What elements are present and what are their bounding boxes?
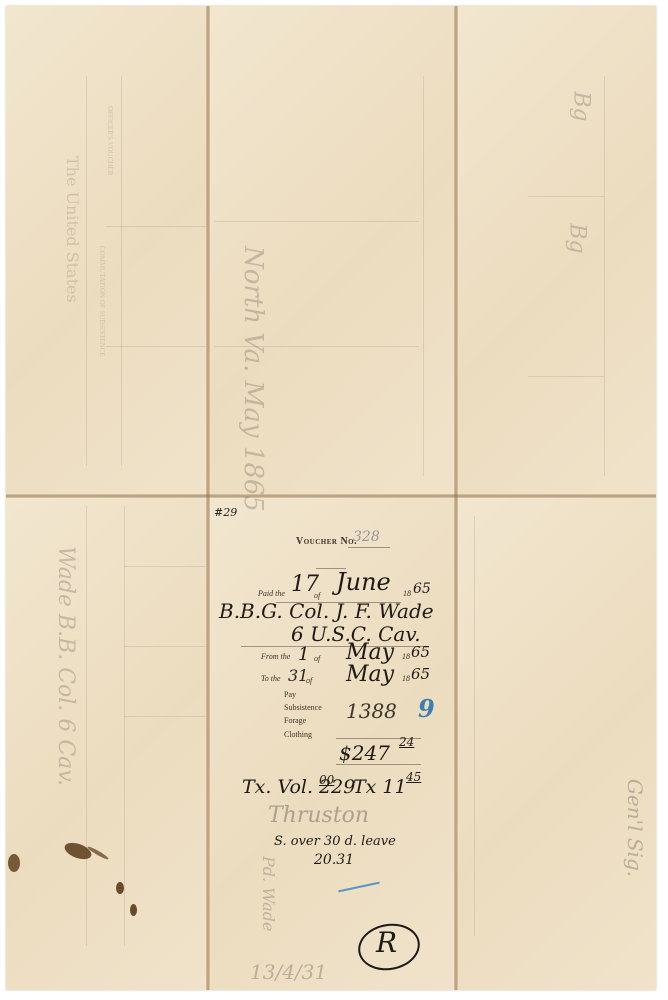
paid-year-prefix: 18: [403, 589, 411, 598]
ghost-heading: The United States: [63, 156, 82, 303]
voucher-title: Voucher No.: [296, 536, 357, 547]
ghost-subheading: COMMUTATION OF SUBSISTENCE: [98, 246, 106, 357]
blue-pencil-mark: 9: [418, 694, 435, 723]
ghost-rule: [86, 506, 87, 946]
ghost-rule: [528, 196, 604, 197]
to-label: To the: [261, 674, 281, 683]
paid-year-suffix: 65: [413, 581, 431, 597]
ghost-rule: [423, 76, 424, 476]
pencil-initials: Bg: [569, 91, 594, 121]
note-tx-vol-cents: 00: [319, 773, 334, 787]
panel-bottom-right: [458, 498, 656, 990]
circled-mark-letter: R: [376, 926, 397, 959]
ink-stain: [130, 904, 137, 916]
document-sheet: The United States COMMUTATION OF SUBSIST…: [6, 6, 656, 990]
panel-top-left: [6, 6, 206, 494]
ghost-rule: [214, 221, 419, 222]
payee-line-1: B.B.G. Col. J. F. Wade: [219, 599, 434, 623]
pencil-initials: Bg: [565, 223, 590, 253]
corner-note: #29: [214, 506, 237, 519]
from-of-label: of: [314, 654, 320, 663]
panel-bottom-left: [6, 498, 206, 990]
item-forage-label: Forage: [284, 716, 306, 725]
voucher-number-rule: [348, 547, 390, 548]
ghost-rule: [124, 716, 206, 717]
note-leave: S. over 30 d. leave: [274, 834, 396, 849]
ghost-rule: [86, 76, 87, 466]
from-year-prefix: 18: [402, 652, 410, 661]
paid-label: Paid the: [258, 589, 285, 598]
note-amount: 20.31: [314, 852, 354, 868]
ghost-rule: [106, 226, 206, 227]
ghost-rule: [528, 376, 604, 377]
fold-line-middle: [6, 494, 656, 498]
from-year-suffix: 65: [411, 643, 430, 661]
ghost-rule: [474, 516, 475, 936]
item-subsistence-label: Subsistence: [284, 703, 322, 712]
pencil-bottom-number: 13/4/31: [250, 960, 327, 984]
voucher-number: 328: [353, 529, 380, 545]
total-bottom-rule: [336, 764, 421, 765]
to-month: May: [346, 662, 394, 687]
ghost-rule: [106, 346, 206, 347]
ghost-label: OFFICER'S VOUCHER: [106, 106, 114, 175]
note-tx: Tx 11: [353, 776, 407, 798]
ink-stain: [116, 882, 124, 894]
ghost-rule: [121, 76, 122, 466]
pencil-name: Thruston: [268, 803, 369, 828]
ghost-rule: [124, 566, 206, 567]
to-year-prefix: 18: [402, 674, 410, 683]
fold-line-right: [454, 6, 458, 990]
note-tx-vol: Tx. Vol. 229: [242, 776, 355, 798]
item-clothing-label: Clothing: [284, 730, 312, 739]
panel-bottom-center: [210, 498, 454, 990]
panel-top-right: [458, 6, 656, 494]
total-amount: $247: [339, 741, 390, 765]
note-tx-cents: 45: [406, 770, 421, 784]
to-of-label: of: [306, 676, 312, 685]
ghost-rule: [124, 646, 206, 647]
ink-stain: [8, 854, 20, 872]
ghost-rule: [124, 506, 125, 946]
from-day: 1: [298, 644, 309, 665]
pencil-margin-note: Pd. Wade: [259, 856, 278, 931]
from-label: From the: [261, 652, 290, 661]
ghost-rule: [604, 76, 605, 476]
total-cents: 24: [399, 735, 414, 749]
pencil-note-date: North Va. May 1865: [238, 246, 268, 512]
item-pay-label: Pay: [284, 690, 296, 699]
paid-month: June: [336, 568, 391, 596]
item-forage-value: 1388: [346, 699, 397, 723]
fold-line-left: [206, 6, 210, 990]
pencil-note-name: Wade B.B. Col. 6 Cav.: [53, 546, 78, 786]
pencil-signature: Gen'l Sig.: [623, 779, 647, 877]
payee-rule: [241, 646, 426, 647]
to-year-suffix: 65: [411, 665, 430, 683]
